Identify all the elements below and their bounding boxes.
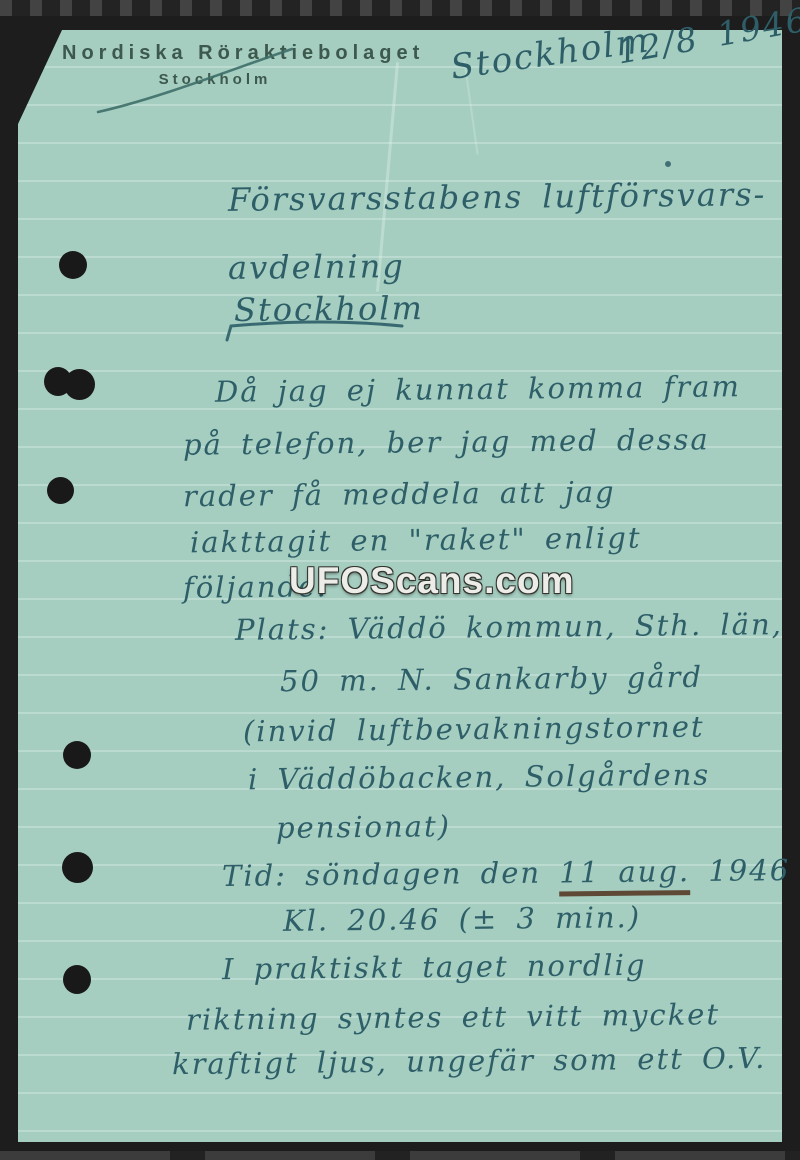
scanner-edge-top [0, 0, 800, 16]
letterhead: Nordiska Röraktiebolaget Stockholm [62, 42, 368, 88]
watermark: UFOScans.com [289, 560, 574, 602]
handwriting-line: rader få meddela att jag [183, 475, 616, 514]
recipient-line: Stockholm [234, 289, 424, 329]
punch-hole [59, 251, 87, 279]
punch-hole [63, 965, 91, 994]
recipient-line: Försvarsstabens luftförsvars- [228, 175, 767, 219]
handwriting-line: i Väddöbacken, Solgårdens [248, 758, 711, 797]
punch-hole [64, 369, 95, 400]
handwriting-line: (invid luftbevakningstornet [243, 710, 705, 749]
letterhead-company: Nordiska Röraktiebolaget [62, 42, 368, 65]
handwriting-line: 50 m. N. Sankarby gård [280, 660, 703, 698]
scanned-letter-page: { "document": { "letterhead": { "company… [0, 0, 800, 1160]
handwriting-line: I praktiskt taget nordlig [222, 948, 647, 986]
handwriting-line: kraftigt ljus, ungefär som ett O.V. [172, 1041, 767, 1081]
handwriting-line: Tid: söndagen den 11 aug. 1946 [222, 853, 791, 893]
handwriting-line: riktning syntes ett vitt mycket [186, 997, 720, 1037]
punch-hole [62, 852, 93, 883]
punch-hole [63, 741, 91, 769]
recipient-line: avdelning [228, 247, 405, 287]
handwriting-line: Då jag ej kunnat komma fram [215, 369, 741, 409]
handwriting-line: pensionat) [276, 809, 451, 845]
handwriting-line: iakttagit en "raket" enligt [190, 521, 642, 560]
underlined-date: 11 aug. [559, 854, 690, 896]
handwriting-line: Kl. 20.46 (± 3 min.) [283, 900, 641, 938]
scanner-edge-bottom [0, 1151, 800, 1160]
handwriting-line: på telefon, ber jag med dessa [183, 422, 710, 462]
letterhead-city: Stockholm [62, 71, 368, 88]
punch-hole [47, 477, 74, 504]
handwriting-line: Plats: Väddö kommun, Sth. län, [235, 607, 783, 647]
